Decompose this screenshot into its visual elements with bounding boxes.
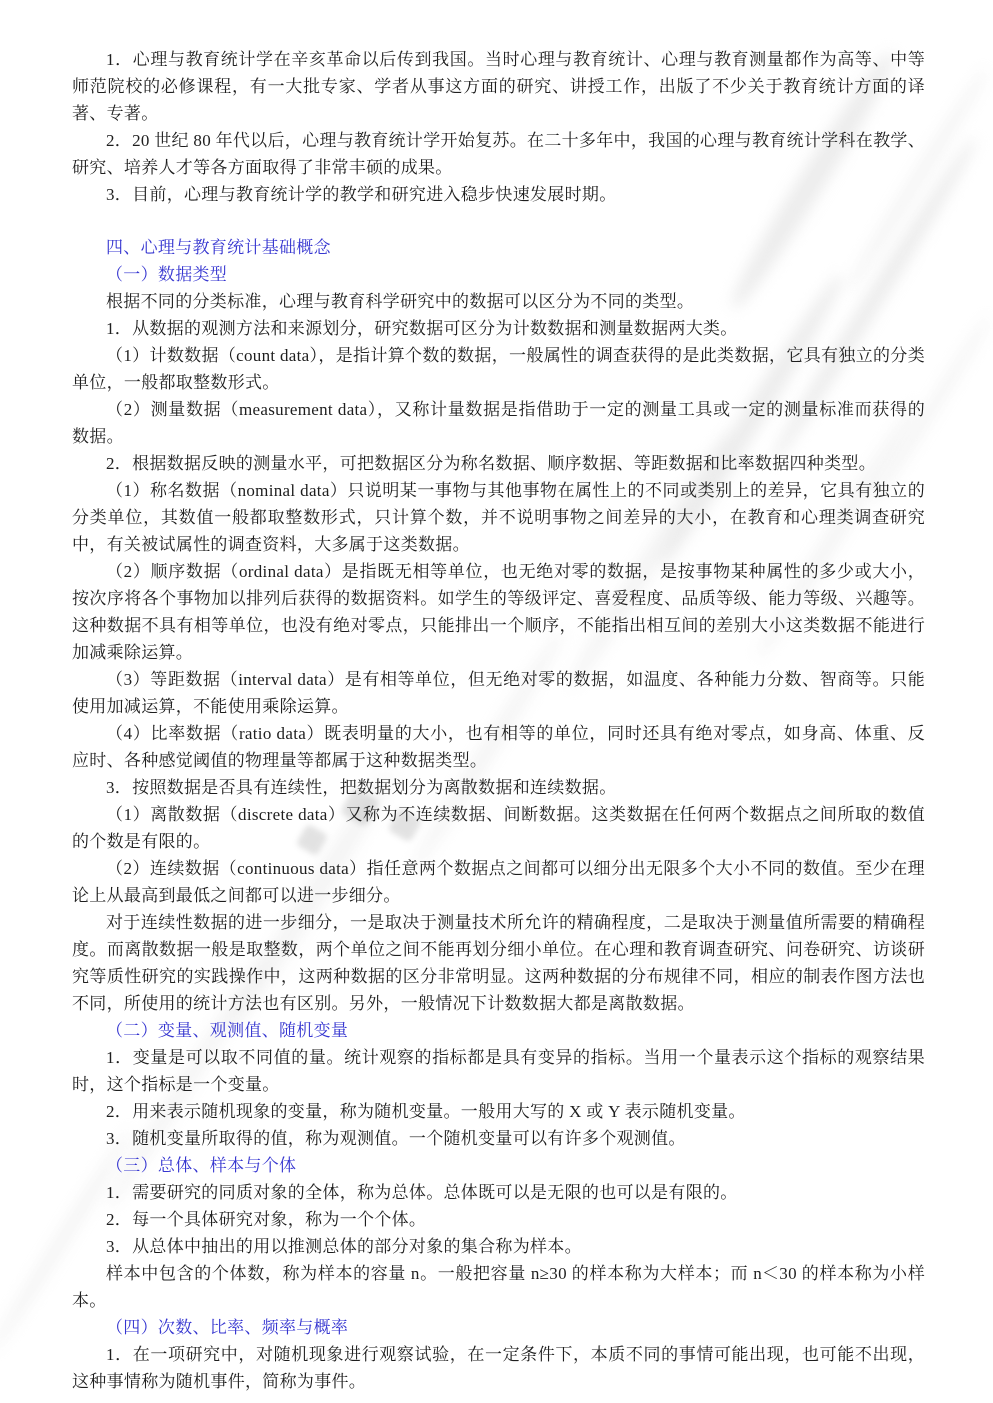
paragraph: （2）测量数据（measurement data），又称计量数据是指借助于一定的… [72, 396, 925, 450]
document-body: 1．心理与教育统计学在辛亥革命以后传到我国。当时心理与教育统计、心理与教育测量都… [72, 46, 925, 1395]
paragraph: 2．20 世纪 80 年代以后，心理与教育统计学开始复苏。在二十多年中，我国的心… [72, 127, 925, 181]
paragraph: 1．从数据的观测方法和来源划分，研究数据可区分为计数数据和测量数据两大类。 [72, 315, 925, 342]
paragraph: （2）连续数据（continuous data）指任意两个数据点之间都可以细分出… [72, 855, 925, 909]
document-page: 1．心理与教育统计学在辛亥革命以后传到我国。当时心理与教育统计、心理与教育测量都… [0, 0, 993, 1403]
section-heading: 四、心理与教育统计基础概念 [72, 234, 925, 261]
section-heading: （二）变量、观测值、随机变量 [72, 1017, 925, 1044]
paragraph: 1．在一项研究中，对随机现象进行观察试验，在一定条件下，本质不同的事情可能出现，… [72, 1341, 925, 1395]
paragraph: （1）离散数据（discrete data）又称为不连续数据、间断数据。这类数据… [72, 801, 925, 855]
paragraph: 3．目前，心理与教育统计学的教学和研究进入稳步快速发展时期。 [72, 181, 925, 208]
paragraph: 根据不同的分类标准，心理与教育科学研究中的数据可以区分为不同的类型。 [72, 288, 925, 315]
paragraph: 1．心理与教育统计学在辛亥革命以后传到我国。当时心理与教育统计、心理与教育测量都… [72, 46, 925, 127]
paragraph: （1）称名数据（nominal data）只说明某一事物与其他事物在属性上的不同… [72, 477, 925, 558]
paragraph: 2．用来表示随机现象的变量，称为随机变量。一般用大写的 X 或 Y 表示随机变量… [72, 1098, 925, 1125]
section-heading: （四）次数、比率、频率与概率 [72, 1314, 925, 1341]
section-heading: （一）数据类型 [72, 261, 925, 288]
paragraph: 1．需要研究的同质对象的全体，称为总体。总体既可以是无限的也可以是有限的。 [72, 1179, 925, 1206]
paragraph: 2．每一个具体研究对象，称为一个个体。 [72, 1206, 925, 1233]
paragraph: 3．随机变量所取得的值，称为观测值。一个随机变量可以有许多个观测值。 [72, 1125, 925, 1152]
paragraph: （2）顺序数据（ordinal data）是指既无相等单位，也无绝对零的数据，是… [72, 558, 925, 666]
section-heading: （三）总体、样本与个体 [72, 1152, 925, 1179]
paragraph: （4）比率数据（ratio data）既表明量的大小，也有相等的单位，同时还具有… [72, 720, 925, 774]
paragraph: （1）计数数据（count data），是指计算个数的数据，一般属性的调查获得的… [72, 342, 925, 396]
paragraph: 2．根据数据反映的测量水平，可把数据区分为称名数据、顺序数据、等距数据和比率数据… [72, 450, 925, 477]
paragraph: 样本中包含的个体数，称为样本的容量 n。一般把容量 n≥30 的样本称为大样本；… [72, 1260, 925, 1314]
paragraph: 3．按照数据是否具有连续性，把数据划分为离散数据和连续数据。 [72, 774, 925, 801]
paragraph: （3）等距数据（interval data）是有相等单位，但无绝对零的数据，如温… [72, 666, 925, 720]
paragraph: 对于连续性数据的进一步细分，一是取决于测量技术所允许的精确程度，二是取决于测量值… [72, 909, 925, 1017]
paragraph: 3．从总体中抽出的用以推测总体的部分对象的集合称为样本。 [72, 1233, 925, 1260]
paragraph: 1．变量是可以取不同值的量。统计观察的指标都是具有变异的指标。当用一个量表示这个… [72, 1044, 925, 1098]
